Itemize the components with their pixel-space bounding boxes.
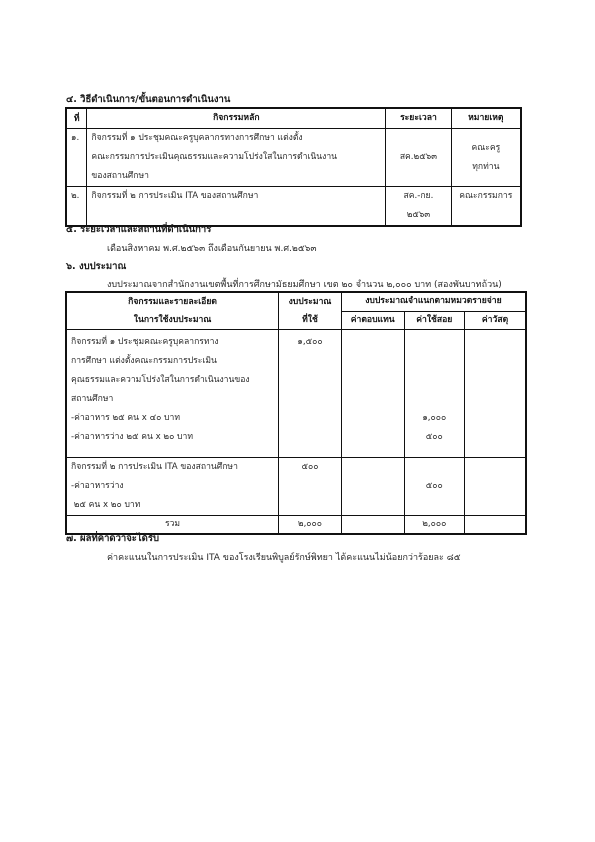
activity-line: คุณธรรมและความโปร่งใสในการดำเนินงานของ (71, 371, 274, 390)
header-line: ที่ใช้ (283, 311, 337, 329)
col-header-materials: ค่าวัสดุ (465, 311, 526, 330)
amount-line (409, 458, 461, 477)
col-header-no: ที่ (66, 108, 87, 129)
section6-text: งบประมาณจากสำนักงานเขตพื้นที่การศึกษามัธ… (107, 277, 502, 291)
col-header-compensation: ค่าตอบแทน (341, 311, 404, 330)
row-activity: กิจกรรมที่ ๑ ประชุมคณะครูบุคลากรทาง การศ… (66, 330, 279, 458)
period-line: ๒๕๖๓ (390, 206, 446, 225)
total-budget: ๒,๐๐๐ (279, 516, 342, 535)
amount-line: ๕๐๐ (409, 477, 461, 496)
col-header-activity: กิจกรรมและรายละเอียด ในการใช้งบประมาณ (66, 292, 279, 330)
col-header-period: ระยะเวลา (386, 108, 451, 129)
col-header-budget: งบประมาณ ที่ใช้ (279, 292, 342, 330)
row-budget: ๑,๕๐๐ (279, 330, 342, 458)
row-no: ๒. (66, 187, 87, 227)
activity-line: กิจกรรมที่ ๒ การประเมิน ITA ของสถานศึกษา (91, 187, 381, 206)
row-compensation (341, 458, 404, 516)
activity-line: การศึกษา แต่งตั้งคณะกรรมการประเมิน (71, 352, 274, 371)
note-line: คณะครู (456, 139, 516, 158)
section5-heading: ๕. ระยะเวลาและสถานที่ดำเนินการ (66, 222, 211, 237)
note-line: ทุกท่าน (456, 158, 516, 177)
activity-line: ของสถานศึกษา (91, 167, 381, 186)
section5-text: เดือนสิงหาคม พ.ศ.๒๕๖๓ ถึงเดือนกันยายน พ.… (107, 241, 317, 255)
period-line: สค.๒๕๖๓ (390, 148, 446, 167)
amount-line (409, 333, 461, 352)
total-materials (465, 516, 526, 535)
amount-line (409, 496, 461, 515)
col-header-operating: ค่าใช้สอย (404, 311, 465, 330)
row-activity: กิจกรรมที่ ๒ การประเมิน ITA ของสถานศึกษา… (66, 458, 279, 516)
row-activity: กิจกรรมที่ ๒ การประเมิน ITA ของสถานศึกษา (87, 187, 386, 227)
section7-text: ค่าคะแนนในการประเมิน ITA ของโรงเรียนพิบู… (107, 550, 461, 564)
row-budget: ๕๐๐ (279, 458, 342, 516)
row-operating: ๕๐๐ (404, 458, 465, 516)
row-compensation (341, 330, 404, 458)
section7-heading: ๗. ผลที่คาดว่าจะได้รับ (66, 531, 159, 546)
budget-table: กิจกรรมและรายละเอียด ในการใช้งบประมาณ งบ… (65, 291, 527, 535)
table-header-row: ที่ กิจกรรมหลัก ระยะเวลา หมายเหตุ (66, 108, 521, 129)
total-compensation (341, 516, 404, 535)
table-row: กิจกรรมที่ ๒ การประเมิน ITA ของสถานศึกษา… (66, 458, 526, 516)
table-row: ๑. กิจกรรมที่ ๑ ประชุมคณะครูบุคลากรทางกา… (66, 129, 521, 187)
activity-line: สถานศึกษา (71, 390, 274, 409)
activity-line: กิจกรรมที่ ๒ การประเมิน ITA ของสถานศึกษา (71, 458, 274, 477)
amount-line (409, 352, 461, 371)
period-line: สค.-กย. (390, 187, 446, 206)
header-line: กิจกรรมและรายละเอียด (71, 293, 274, 311)
section4-heading: ๔. วิธีดำเนินการ/ขั้นตอนการดำเนินงาน (66, 92, 230, 107)
row-materials (465, 458, 526, 516)
activity-line: -ค่าอาหาร ๒๕ คน x ๔๐ บาท (71, 409, 274, 428)
col-header-note: หมายเหตุ (451, 108, 521, 129)
total-operating: ๒,๐๐๐ (404, 516, 465, 535)
col-header-activity: กิจกรรมหลัก (87, 108, 386, 129)
activity-line: กิจกรรมที่ ๑ ประชุมคณะครูบุคลากรทาง (71, 333, 274, 352)
section6-heading: ๖. งบประมาณ (66, 259, 126, 274)
col-header-expense-group: งบประมาณจำแนกตามหมวดรายจ่าย (341, 292, 526, 311)
amount-line: ๑,๐๐๐ (409, 409, 461, 428)
table-row: กิจกรรมที่ ๑ ประชุมคณะครูบุคลากรทาง การศ… (66, 330, 526, 458)
note-line: คณะกรรมการ (456, 187, 516, 206)
row-operating: ๑,๐๐๐ ๕๐๐ (404, 330, 465, 458)
amount-line: ๕๐๐ (409, 428, 461, 447)
table-row: ๒. กิจกรรมที่ ๒ การประเมิน ITA ของสถานศึ… (66, 187, 521, 227)
activity-line: กิจกรรมที่ ๑ ประชุมคณะครูบุคลากรทางการศึ… (91, 129, 381, 148)
row-materials (465, 330, 526, 458)
activity-line: คณะกรรมการประเมินคุณธรรมและความโปร่งใสใน… (91, 148, 381, 167)
amount-line (409, 390, 461, 409)
document-page: ๔. วิธีดำเนินการ/ขั้นตอนการดำเนินงาน ที่… (0, 0, 595, 842)
row-note: คณะครู ทุกท่าน (451, 129, 521, 187)
activity-line: -ค่าอาหารว่าง (71, 477, 274, 496)
activity-line: ๒๕ คน x ๒๐ บาท (71, 496, 274, 515)
row-activity: กิจกรรมที่ ๑ ประชุมคณะครูบุคลากรทางการศึ… (87, 129, 386, 187)
budget-header-row-1: กิจกรรมและรายละเอียด ในการใช้งบประมาณ งบ… (66, 292, 526, 311)
header-line: ในการใช้งบประมาณ (71, 311, 274, 329)
row-period: สค.๒๕๖๓ (386, 129, 451, 187)
row-note: คณะกรรมการ (451, 187, 521, 227)
row-period: สค.-กย. ๒๕๖๓ (386, 187, 451, 227)
header-line: งบประมาณ (283, 293, 337, 311)
activities-table: ที่ กิจกรรมหลัก ระยะเวลา หมายเหตุ ๑. กิจ… (65, 107, 522, 227)
activity-line: -ค่าอาหารว่าง ๒๕ คน x ๒๐ บาท (71, 428, 274, 447)
amount-line (409, 371, 461, 390)
row-no: ๑. (66, 129, 87, 187)
